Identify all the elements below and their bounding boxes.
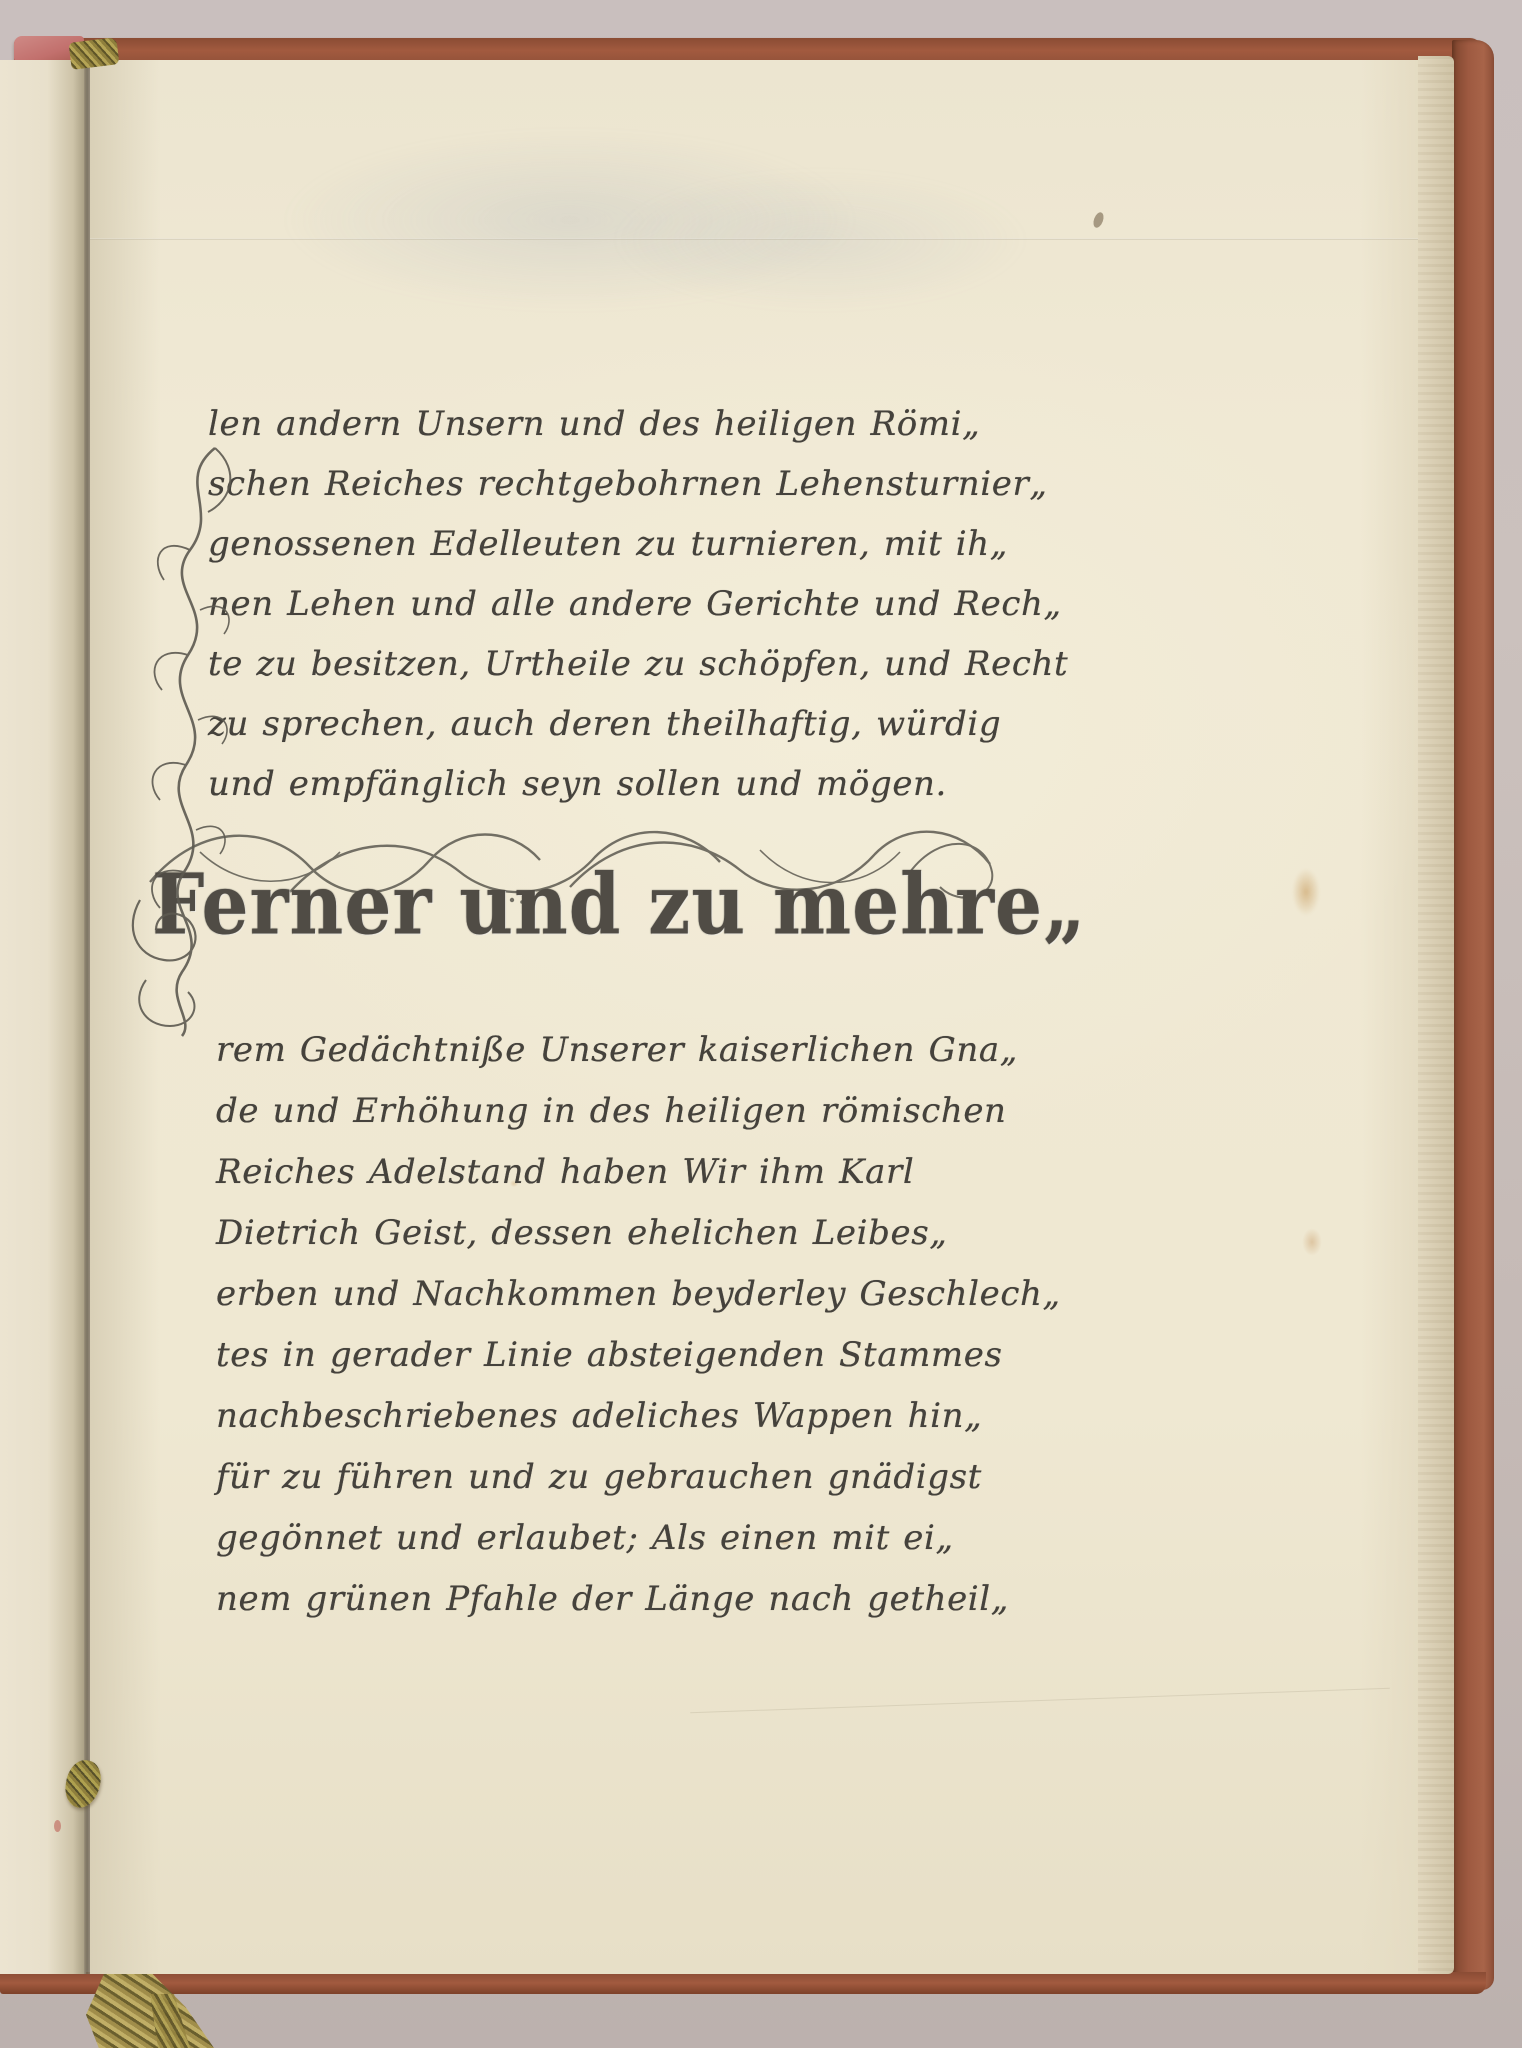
manuscript-line: gegönnet und erlaubet; Als einen mit ei„ (216, 1508, 1061, 1569)
left-page-gutter-strip (0, 60, 86, 1974)
illuminated-heading: Ferner und zu mehre„ (152, 864, 1087, 947)
manuscript-line: nem grünen Pfahle der Länge nach getheil… (216, 1569, 1061, 1630)
page-crease (90, 238, 1420, 240)
grant-paragraph: rem Gedächtniße Unserer kaiserlichen Gna… (216, 1020, 1061, 1630)
manuscript-line: Dietrich Geist, dessen ehelichen Leibes„ (216, 1203, 1061, 1264)
manuscript-line: schen Reiches rechtgebohrnen Lehensturni… (208, 454, 1068, 514)
manuscript-line: tes in gerader Linie absteigenden Stamme… (216, 1325, 1061, 1386)
manuscript-line: für zu führen und zu gebrauchen gnädigst (216, 1447, 1061, 1508)
acanthus-flourish-ornament (120, 440, 250, 1040)
page-edge-stack (1418, 56, 1454, 1974)
manuscript-line: rem Gedächtniße Unserer kaiserlichen Gna… (216, 1020, 1061, 1081)
manuscript-line: de und Erhöhung in des heiligen römische… (216, 1081, 1061, 1142)
paragraph-continuation: len andern Unsern und des heiligen Römi„… (208, 394, 1068, 814)
manuscript-line: zu sprechen, auch deren theilhaftig, wür… (208, 694, 1068, 754)
photographed-book-scene: len andern Unsern und des heiligen Römi„… (0, 0, 1522, 2048)
page-stain (1302, 1228, 1322, 1256)
ink-showthrough-shadow (610, 170, 1030, 310)
manuscript-line: nen Lehen und alle andere Gerichte und R… (208, 574, 1068, 634)
manuscript-line: te zu besitzen, Urtheile zu schöpfen, un… (208, 634, 1068, 694)
manuscript-line: Reiches Adelstand haben Wir ihm Karl (216, 1142, 1061, 1203)
red-ink-speck (54, 1820, 61, 1832)
manuscript-line: len andern Unsern und des heiligen Römi„ (208, 394, 1068, 454)
manuscript-line: und empfänglich seyn sollen und mögen. (208, 754, 1068, 814)
page-stain (1292, 868, 1320, 916)
manuscript-line: erben und Nachkommen beyderley Geschlech… (216, 1264, 1061, 1325)
book-cover-right-edge (1452, 40, 1494, 1990)
manuscript-line: genossenen Edelleuten zu turnieren, mit … (208, 514, 1068, 574)
page-crease (690, 1688, 1390, 1713)
manuscript-page: len andern Unsern und des heiligen Römi„… (90, 60, 1420, 1974)
manuscript-line: nachbeschriebenes adeliches Wappen hin„ (216, 1386, 1061, 1447)
page-ink-mark (1092, 211, 1106, 229)
book-cover-bottom-edge (0, 1972, 1486, 1994)
